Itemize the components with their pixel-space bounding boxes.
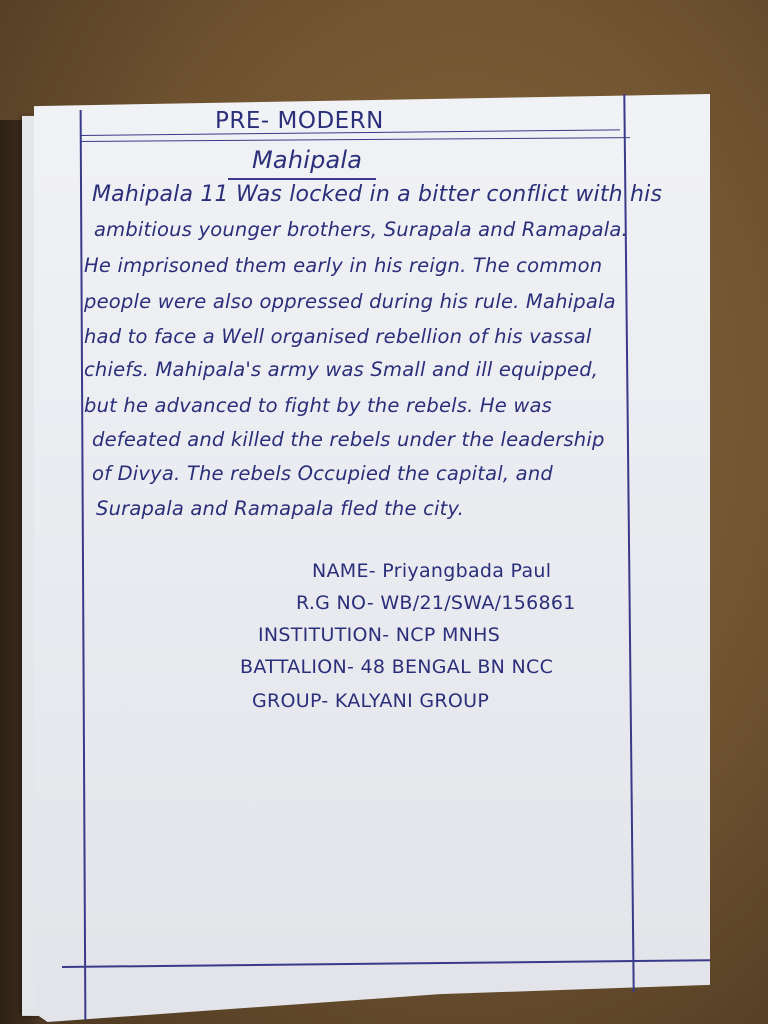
body-line: chiefs. Mahipala's army was Small and il… xyxy=(84,358,598,381)
body-line: defeated and killed the rebels under the… xyxy=(92,428,605,451)
page-subheading: Mahipala xyxy=(252,146,362,174)
info-name: NAME- Priyangbada Paul xyxy=(312,560,551,582)
subheading-underline xyxy=(228,178,376,180)
body-line: of Divya. The rebels Occupied the capita… xyxy=(92,462,553,485)
body-line: ambitious younger brothers, Surapala and… xyxy=(94,218,628,241)
body-line: He imprisoned them early in his reign. T… xyxy=(84,254,602,277)
body-line: Surapala and Ramapala fled the city. xyxy=(96,497,464,520)
body-line: had to face a Well organised rebellion o… xyxy=(84,325,591,348)
body-line: Mahipala 11 Was locked in a bitter confl… xyxy=(92,182,662,207)
info-group: GROUP- KALYANI GROUP xyxy=(252,690,489,712)
info-institution: INSTITUTION- NCP MNHS xyxy=(258,624,500,646)
body-line: people were also oppressed during his ru… xyxy=(84,290,616,313)
page-heading: PRE- MODERN xyxy=(215,108,384,134)
info-reg-no: R.G NO- WB/21/SWA/156861 xyxy=(296,592,576,614)
body-line: but he advanced to fight by the rebels. … xyxy=(84,394,552,417)
info-battalion: BATTALION- 48 BENGAL BN NCC xyxy=(240,656,553,678)
